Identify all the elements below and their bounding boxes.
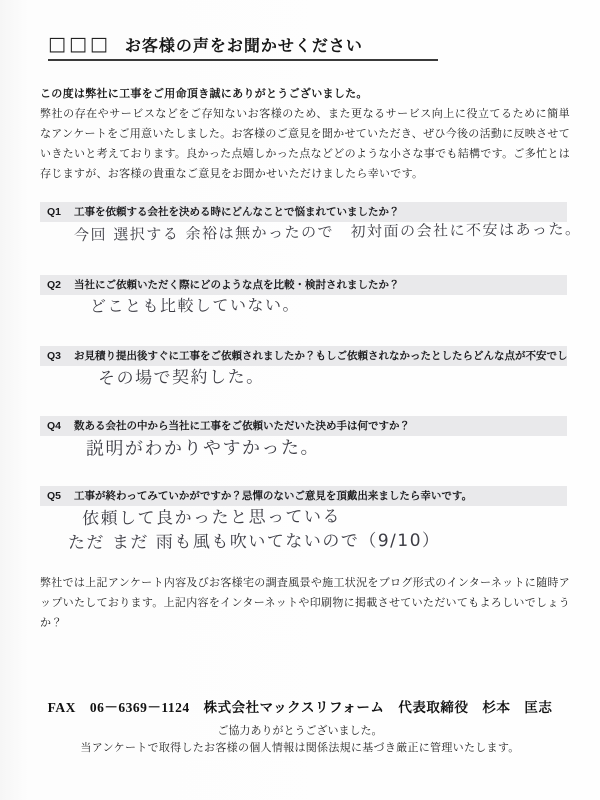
fax-label: FAX xyxy=(48,700,76,715)
question-number: Q3 xyxy=(47,350,61,362)
question-number: Q5 xyxy=(47,490,61,502)
handwritten-answer-q2: どことも比較していない。 xyxy=(90,292,300,316)
question-number: Q4 xyxy=(47,420,61,432)
title-squares-icon: □□□ xyxy=(48,35,111,54)
question-text: 当社にご依頼いただく際にどのような点を比較・検討されましたか？ xyxy=(74,279,400,291)
handwritten-answer-q4: 説明がわかりやすかった。 xyxy=(86,433,320,460)
question-text: 工事が終わってみていかがですか？忌憚のないご意見を頂戴出来ましたら幸いです。 xyxy=(74,490,472,502)
question-number: Q1 xyxy=(47,206,61,218)
survey-sheet: □□□ お客様の声をお聞かせください この度は弊社に工事をご用命頂き誠にありがと… xyxy=(0,0,600,800)
question-text: 工事を依頼する会社を決める時にどんなことで悩まれていましたか？ xyxy=(74,206,400,218)
thanks-line: ご協力ありがとうございました。 xyxy=(0,722,600,738)
intro-paragraph: この度は弊社に工事をご用命頂き誠にありがとうございました。 弊社の存在やサービス… xyxy=(40,84,570,184)
fax-contact-line: FAX06－6369－1124株式会社マックスリフォーム代表取締役杉本 匡志 xyxy=(0,696,600,716)
representative-title: 代表取締役 xyxy=(398,700,468,715)
question-header-q2: Q2当社にご依頼いただく際にどのような点を比較・検討されましたか？ xyxy=(40,275,567,295)
company-name: 株式会社マックスリフォーム xyxy=(204,700,385,715)
intro-body: 弊社の存在やサービスなどをご存知ないお客様のため、また更なるサービス向上に役立て… xyxy=(40,108,570,180)
intro-greeting: この度は弊社に工事をご用命頂き誠にありがとうございました。 xyxy=(40,84,570,104)
question-text: お見積り提出後すぐに工事をご依頼されましたか？もしご依頼されなかったとしたらどん… xyxy=(74,350,567,362)
question-text: 数ある会社の中から当社に工事をご依頼いただいた決め手は何ですか？ xyxy=(74,420,410,432)
document-title: お客様の声をお聞かせください xyxy=(125,33,363,56)
handwritten-answer-q3: その場で契約した。 xyxy=(98,362,265,389)
handwritten-answer-q5-line2: ただ まだ 雨も風も吹いてないので（9/10） xyxy=(68,526,441,554)
publication-consent-note: 弊社では上記アンケート内容及びお客様宅の調査風景や施工状況をブログ形式のインター… xyxy=(40,573,570,633)
privacy-note: 当アンケートで取得したお客様の個人情報は関係法規に基づき厳正に管理いたします。 xyxy=(0,739,600,755)
handwritten-answer-q5-line1: 依頼して良かったと思っている xyxy=(82,502,341,529)
fax-number: 06－6369－1124 xyxy=(90,700,190,715)
representative-name: 杉本 匡志 xyxy=(482,700,552,715)
question-number: Q2 xyxy=(47,279,61,291)
document-title-row: □□□ お客様の声をお聞かせください xyxy=(48,33,438,61)
